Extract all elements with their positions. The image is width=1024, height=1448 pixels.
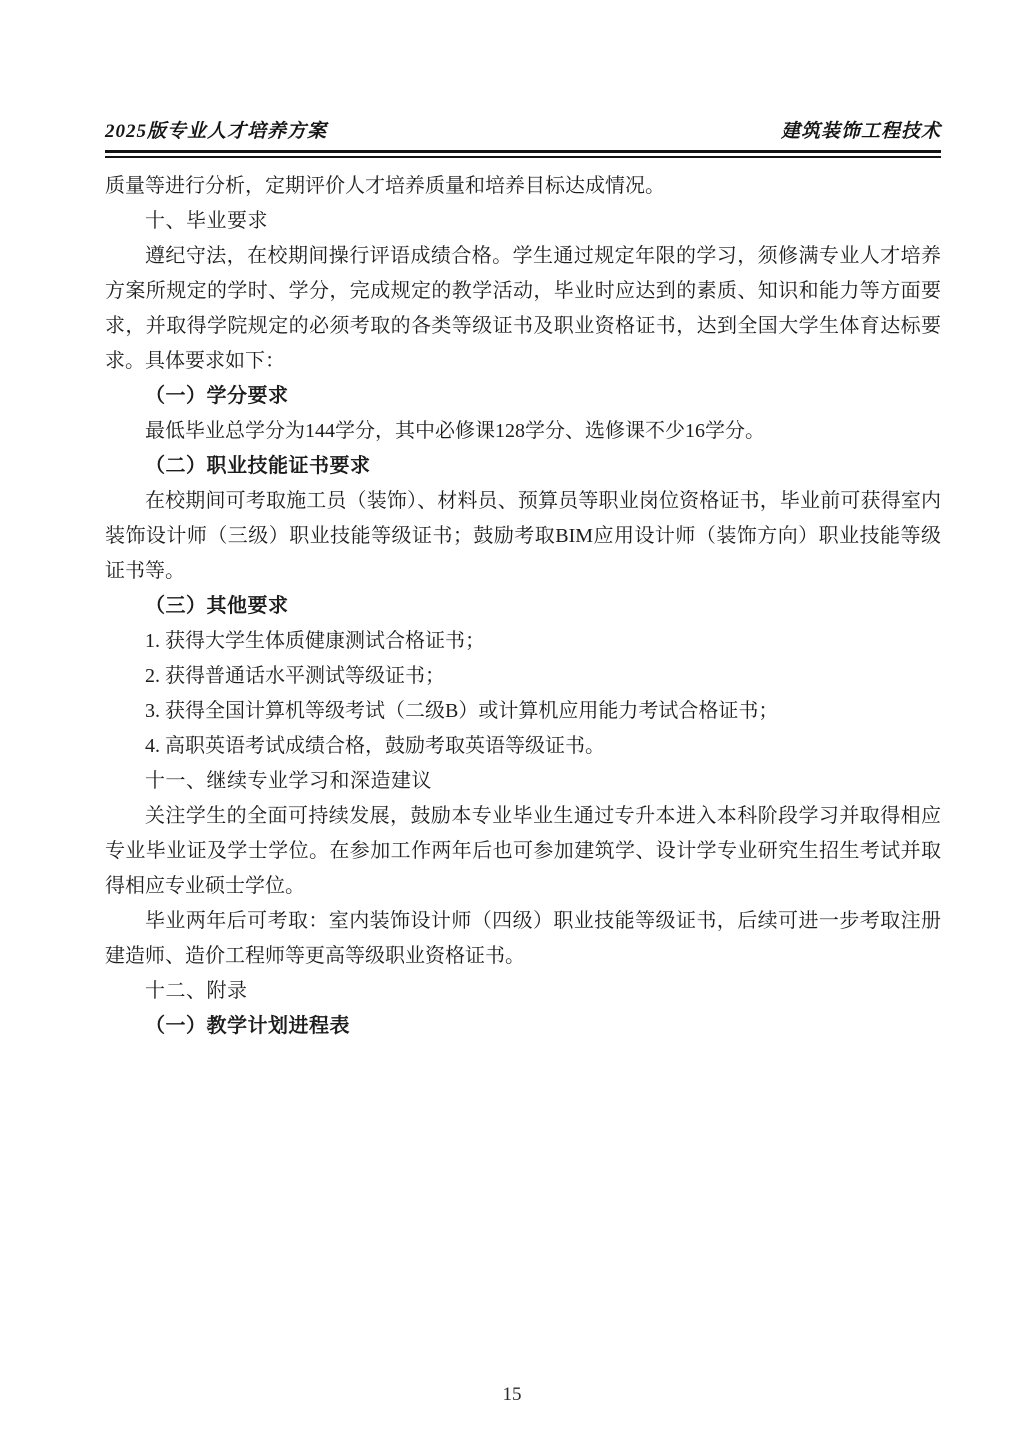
paragraph-further-study: 关注学生的全面可持续发展，鼓励本专业毕业生通过专升本进入本科阶段学习并取得相应专… bbox=[105, 799, 941, 904]
list-item-4: 4. 高职英语考试成绩合格，鼓励考取英语等级证书。 bbox=[105, 729, 941, 764]
continuation-paragraph: 质量等进行分析，定期评价人才培养质量和培养目标达成情况。 bbox=[105, 169, 941, 204]
paragraph-post-grad-cert: 毕业两年后可考取：室内装饰设计师（四级）职业技能等级证书，后续可进一步考取注册建… bbox=[105, 904, 941, 974]
page-footer: 15 bbox=[0, 1384, 1024, 1406]
sub-heading-credit-req: （一）学分要求 bbox=[105, 379, 941, 414]
header-right-title: 建筑装饰工程技术 bbox=[781, 116, 941, 143]
header-left-title: 2025版专业人才培养方案 bbox=[105, 116, 327, 143]
sub-heading-teaching-plan: （一）教学计划进程表 bbox=[105, 1009, 941, 1044]
document-page: 2025版专业人才培养方案 建筑装饰工程技术 质量等进行分析，定期评价人才培养质… bbox=[0, 0, 1024, 1448]
sub-heading-other-req: （三）其他要求 bbox=[105, 589, 941, 624]
paragraph-credit-detail: 最低毕业总学分为144学分，其中必修课128学分、选修课不少16学分。 bbox=[105, 414, 941, 449]
sub-heading-cert-req: （二）职业技能证书要求 bbox=[105, 449, 941, 484]
page-header: 2025版专业人才培养方案 建筑装饰工程技术 bbox=[105, 116, 941, 150]
section-heading-11: 十一、继续专业学习和深造建议 bbox=[105, 764, 941, 799]
section-heading-12: 十二、附录 bbox=[105, 974, 941, 1009]
list-item-1: 1. 获得大学生体质健康测试合格证书； bbox=[105, 624, 941, 659]
page-number: 15 bbox=[503, 1384, 522, 1405]
list-item-3: 3. 获得全国计算机等级考试（二级B）或计算机应用能力考试合格证书； bbox=[105, 694, 941, 729]
content-column: 2025版专业人才培养方案 建筑装饰工程技术 质量等进行分析，定期评价人才培养质… bbox=[105, 0, 941, 1044]
section-heading-10: 十、毕业要求 bbox=[105, 204, 941, 239]
document-body: 质量等进行分析，定期评价人才培养质量和培养目标达成情况。 十、毕业要求 遵纪守法… bbox=[105, 169, 941, 1044]
paragraph-graduation-req: 遵纪守法，在校期间操行评语成绩合格。学生通过规定年限的学习，须修满专业人才培养方… bbox=[105, 239, 941, 379]
header-rule bbox=[105, 150, 941, 158]
paragraph-cert-detail: 在校期间可考取施工员（装饰）、材料员、预算员等职业岗位资格证书，毕业前可获得室内… bbox=[105, 484, 941, 589]
list-item-2: 2. 获得普通话水平测试等级证书； bbox=[105, 659, 941, 694]
